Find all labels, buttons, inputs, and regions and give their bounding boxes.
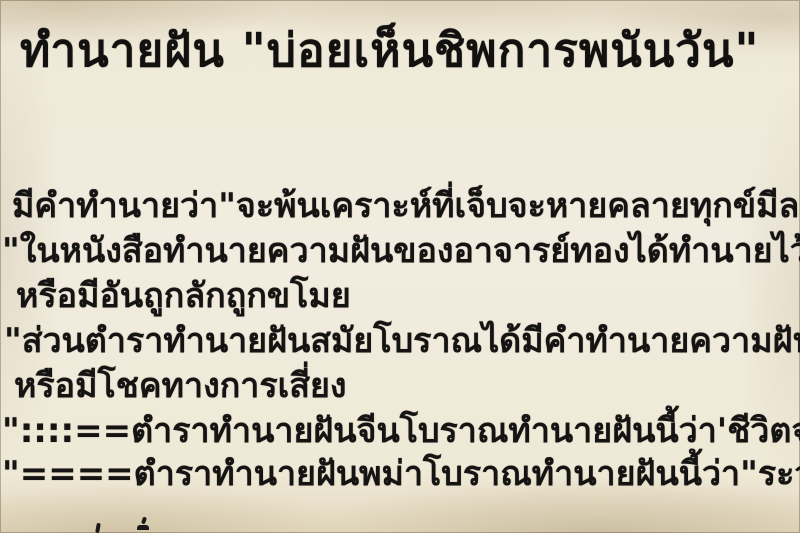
mai-tho-tone-mark-fragment (141, 517, 147, 525)
body-line-1: มีคำทำนายว่า"จะพ้นเคราะห์ที่เจ็บจะหายคลา… (12, 181, 800, 231)
mai-hanakat-mark-fragment (137, 525, 149, 530)
parchment-page: ทำนายฝัน "บ่อยเห็นชิพการพนันวัน" มีคำทำน… (0, 0, 800, 533)
page-title: ทำนายฝัน "บ่อยเห็นชิพการพนันวัน" (20, 14, 759, 87)
body-line-2: "ในหนังสือทำนายความฝันของอาจารย์ทองได้ทำ… (2, 226, 800, 276)
body-line-3: หรือมีอันถูกลักถูกขโมย (16, 271, 800, 321)
body-line-7: "====ตำราทำนายฝันพม่าโบราณทำนายฝันนี้ว่า… (2, 449, 800, 499)
mai-ek-tone-mark-fragment (95, 523, 101, 533)
body-line-5: หรือมีโชคทางการเสี่ยง (14, 361, 800, 411)
body-line-4: "ส่วนตำราทำนายฝันสมัยโบราณได้มีคำทำนายคว… (4, 316, 800, 366)
